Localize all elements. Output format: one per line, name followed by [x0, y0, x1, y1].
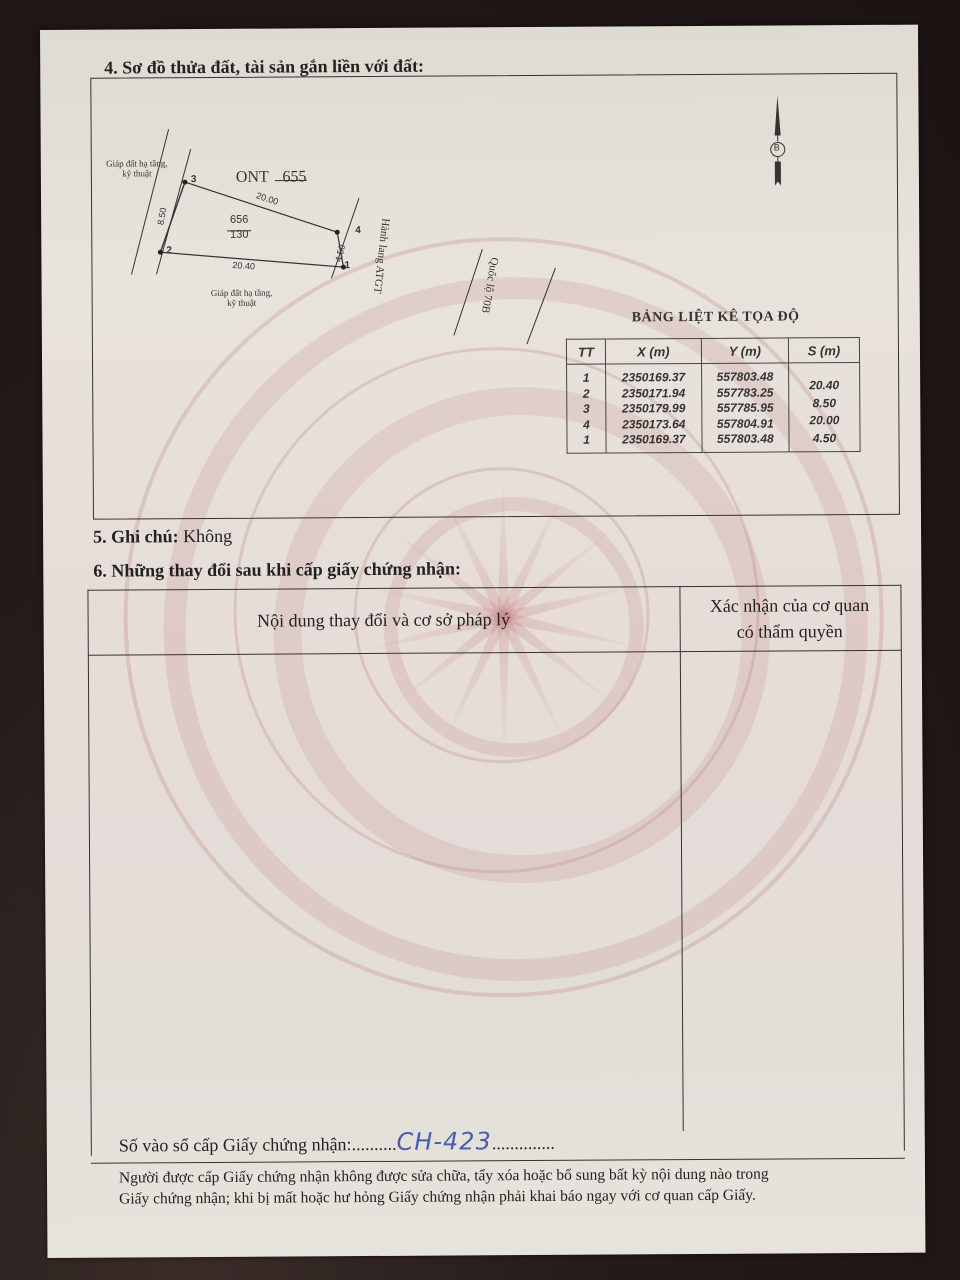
cell-y: 557804.91 [702, 416, 789, 432]
cell-s: 20.40 8.50 20.00 4.50 [789, 362, 861, 451]
border-label-top-left: Giáp đất hạ tầng, kỹ thuật [97, 159, 177, 179]
distance: 8.50 [795, 395, 853, 413]
confirm-header-line: có thẩm quyền [680, 618, 900, 645]
registry-dots: .......... [351, 1134, 396, 1154]
footer-line: Giấy chứng nhận; khi bị mất hoặc hư hỏng… [119, 1185, 769, 1210]
vertex-label-2: 2 [166, 245, 172, 256]
land-type-label: ONT 655 [236, 168, 307, 186]
coord-table-title: BẢNG LIỆT KÊ TỌA ĐỘ [632, 309, 800, 326]
header-y: Y (m) [701, 338, 788, 364]
changes-col-confirm-header: Xác nhận của cơ quan có thẩm quyền [679, 592, 899, 645]
parcel-area: 130 [227, 228, 251, 243]
confirm-header-line: Xác nhận của cơ quan [679, 592, 899, 619]
vertex-label-3: 3 [191, 174, 197, 185]
note-label: 5. Ghi chú: [93, 526, 179, 547]
coord-table-header: TT X (m) Y (m) S (m) [566, 338, 859, 365]
border-label-line: kỹ thuật [97, 169, 177, 179]
cell-y: 557803.48 [701, 363, 788, 386]
registry-value-handwritten: CH-423 [396, 1127, 491, 1156]
changes-col-content-header: Nội dung thay đổi và cơ sở pháp lý [88, 608, 680, 633]
cell-tt: 1 [567, 433, 606, 453]
section-6-title: 6. Những thay đổi sau khi cấp giấy chứng… [93, 558, 461, 581]
registry-label: Số vào sổ cấp Giấy chứng nhận: [119, 1134, 352, 1155]
parcel-map [40, 25, 921, 530]
cell-x: 2350179.99 [606, 401, 702, 417]
cell-x: 2350171.94 [606, 385, 702, 401]
border-label-bottom: Giáp đất hạ tầng, kỹ thuật [192, 288, 292, 308]
land-type: ONT [236, 169, 269, 186]
cell-x: 2350169.37 [606, 432, 702, 453]
edge-length-1-2: 20.40 [232, 260, 255, 271]
cell-y: 557803.48 [702, 431, 789, 452]
border-label-line: kỹ thuật [192, 298, 292, 309]
distance: 20.40 [795, 377, 853, 395]
parcel-id: 656 130 [227, 213, 251, 243]
header-s: S (m) [788, 338, 859, 363]
north-label: B [774, 142, 780, 152]
neighbor-parcel-number: 655 [282, 168, 306, 185]
changes-table-bottom [91, 1158, 905, 1164]
cell-x: 2350169.37 [606, 363, 702, 386]
changes-table [87, 585, 904, 1156]
table-row: 1 2350169.37 557803.48 20.40 8.50 20.00 … [567, 362, 860, 386]
parcel-number: 656 [227, 213, 251, 228]
section-5-note: 5. Ghi chú: Không [93, 526, 232, 548]
cell-x: 2350173.64 [606, 416, 702, 432]
footer-warning: Người được cấp Giấy chứng nhận không đượ… [119, 1164, 769, 1210]
header-x: X (m) [605, 338, 701, 364]
cell-tt: 4 [567, 417, 606, 433]
cell-y: 557785.95 [701, 400, 788, 416]
cell-tt: 1 [567, 364, 606, 386]
vertex-label-1: 1 [344, 260, 350, 271]
registry-dots: .............. [492, 1133, 555, 1153]
header-tt: TT [566, 339, 605, 364]
distance: 20.00 [795, 412, 853, 430]
coord-table: TT X (m) Y (m) S (m) 1 2350169.37 557803… [566, 337, 861, 453]
cell-tt: 3 [567, 402, 606, 418]
certificate-page: 4. Sơ đồ thửa đất, tài sản gắn liền với … [40, 25, 925, 1258]
cell-y: 557783.25 [701, 385, 788, 401]
registry-number: Số vào sổ cấp Giấy chứng nhận:..........… [119, 1127, 555, 1158]
north-arrow-icon [770, 95, 785, 185]
cell-tt: 2 [567, 386, 606, 402]
note-value: Không [183, 526, 232, 546]
vertex-label-4: 4 [355, 225, 361, 236]
distance: 4.50 [795, 430, 853, 448]
